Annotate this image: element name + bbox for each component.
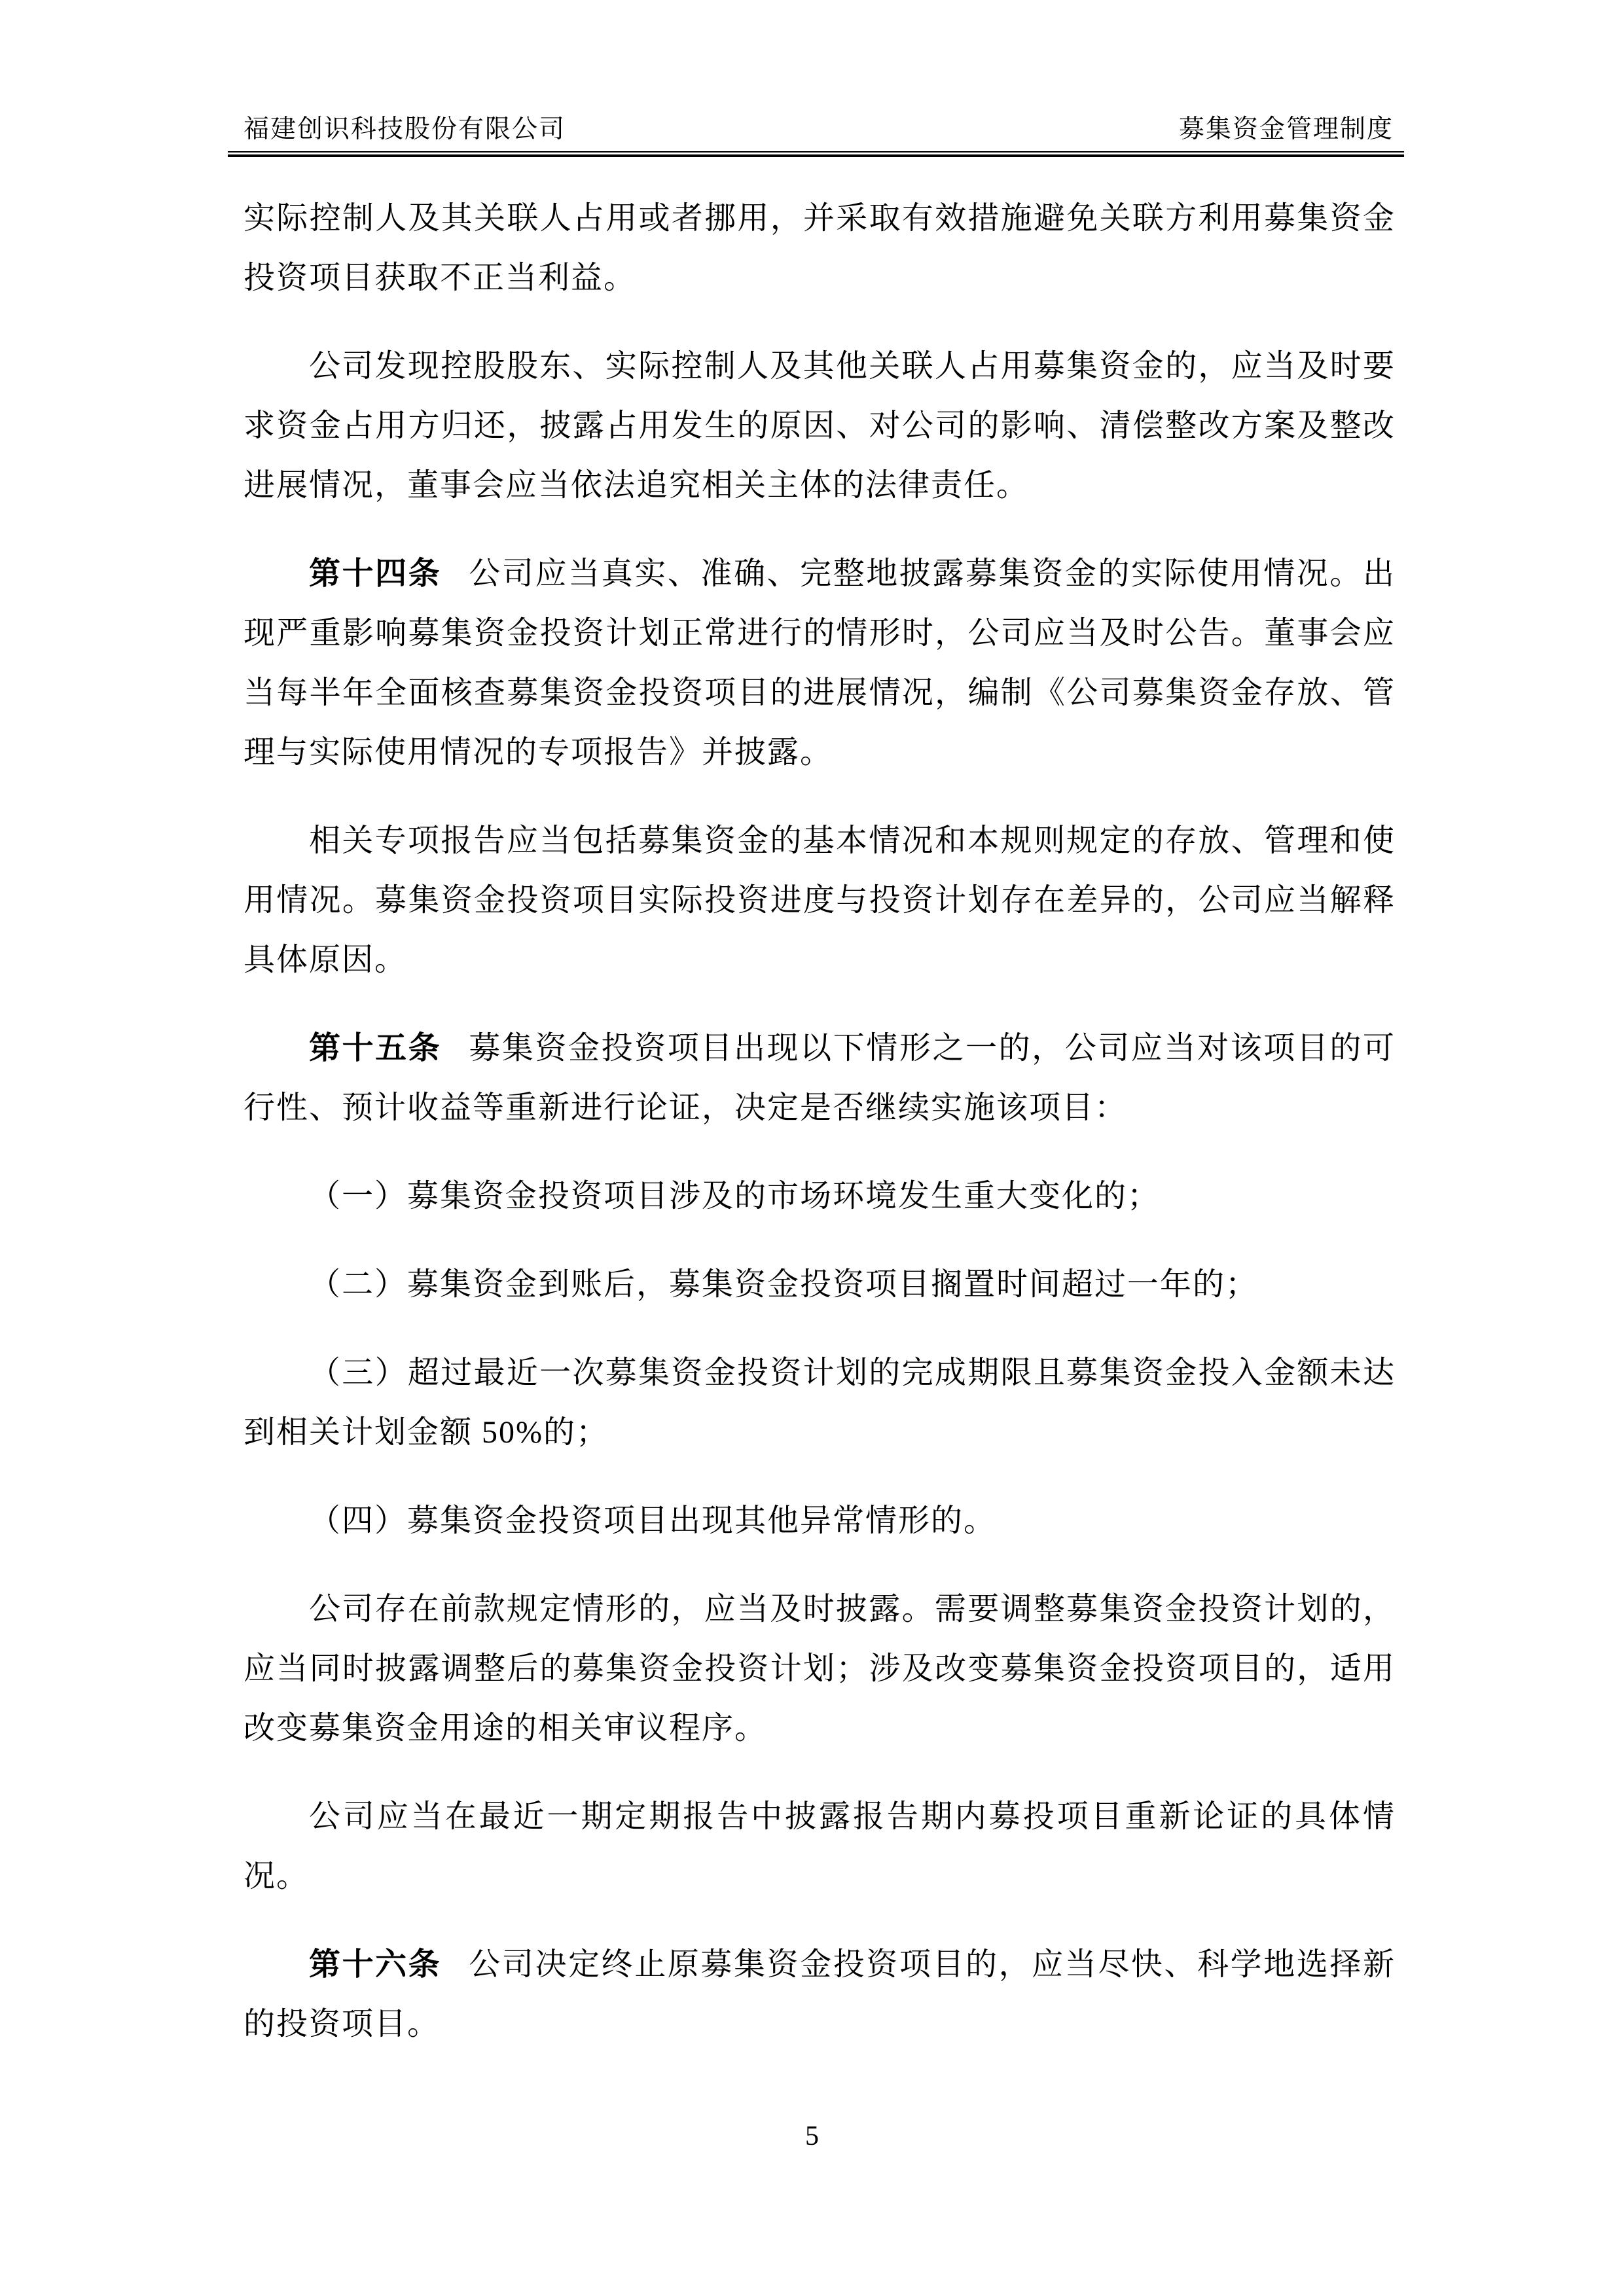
paragraph: （四）募集资金投资项目出现其他异常情形的。	[244, 1491, 1396, 1551]
paragraph: 公司应当在最近一期定期报告中披露报告期内募投项目重新论证的具体情况。	[244, 1787, 1396, 1906]
paragraph-text: （一）募集资金投资项目涉及的市场环境发生重大变化的；	[309, 1179, 1160, 1213]
paragraph: 实际控制人及其关联人占用或者挪用，并采取有效措施避免关联方利用募集资金投资项目获…	[244, 188, 1396, 308]
header-divider	[228, 151, 1404, 157]
paragraph: 相关专项报告应当包括募集资金的基本情况和本规则规定的存放、管理和使用情况。募集资…	[244, 811, 1396, 990]
paragraph: 公司存在前款规定情形的，应当及时披露。需要调整募集资金投资计划的，应当同时披露调…	[244, 1579, 1396, 1758]
page-number: 5	[805, 2121, 819, 2151]
paragraph: 第十四条公司应当真实、准确、完整地披露募集资金的实际使用情况。出现严重影响募集资…	[244, 544, 1396, 782]
clause-number: 第十六条	[309, 1947, 441, 1982]
paragraph-text: 实际控制人及其关联人占用或者挪用，并采取有效措施避免关联方利用募集资金投资项目获…	[244, 201, 1396, 295]
paragraph: 公司发现控股股东、实际控制人及其他关联人占用募集资金的，应当及时要求资金占用方归…	[244, 336, 1396, 515]
page-header: 福建创识科技股份有限公司 募集资金管理制度	[244, 113, 1394, 147]
paragraph: （一）募集资金投资项目涉及的市场环境发生重大变化的；	[244, 1166, 1396, 1226]
paragraph-text: （四）募集资金投资项目出现其他异常情形的。	[309, 1503, 996, 1538]
document-page: 福建创识科技股份有限公司 募集资金管理制度 实际控制人及其关联人占用或者挪用，并…	[0, 0, 1624, 2296]
paragraph-text: 公司应当在最近一期定期报告中披露报告期内募投项目重新论证的具体情况。	[244, 1799, 1396, 1893]
paragraph-text: 相关专项报告应当包括募集资金的基本情况和本规则规定的存放、管理和使用情况。募集资…	[244, 823, 1396, 977]
paragraph-text: 公司发现控股股东、实际控制人及其他关联人占用募集资金的，应当及时要求资金占用方归…	[244, 349, 1396, 503]
paragraph: 第十五条募集资金投资项目出现以下情形之一的，公司应当对该项目的可行性、预计收益等…	[244, 1018, 1396, 1138]
paragraph: （三）超过最近一次募集资金投资计划的完成期限且募集资金投入金额未达到相关计划金额…	[244, 1343, 1396, 1462]
paragraph-text: （二）募集资金到账后，募集资金投资项目搁置时间超过一年的；	[309, 1267, 1258, 1302]
document-body: 实际控制人及其关联人占用或者挪用，并采取有效措施避免关联方利用募集资金投资项目获…	[244, 188, 1396, 2054]
clause-number: 第十五条	[309, 1031, 441, 1066]
document-title: 募集资金管理制度	[1179, 113, 1394, 147]
page-footer: 5	[0, 2119, 1624, 2153]
paragraph-text: 公司存在前款规定情形的，应当及时披露。需要调整募集资金投资计划的，应当同时披露调…	[244, 1592, 1396, 1746]
paragraph: （二）募集资金到账后，募集资金投资项目搁置时间超过一年的；	[244, 1255, 1396, 1314]
paragraph: 第十六条公司决定终止原募集资金投资项目的，应当尽快、科学地选择新的投资项目。	[244, 1935, 1396, 2054]
paragraph-text: （三）超过最近一次募集资金投资计划的完成期限且募集资金投入金额未达到相关计划金额…	[244, 1355, 1396, 1450]
company-name: 福建创识科技股份有限公司	[244, 113, 566, 147]
clause-number: 第十四条	[309, 556, 441, 591]
